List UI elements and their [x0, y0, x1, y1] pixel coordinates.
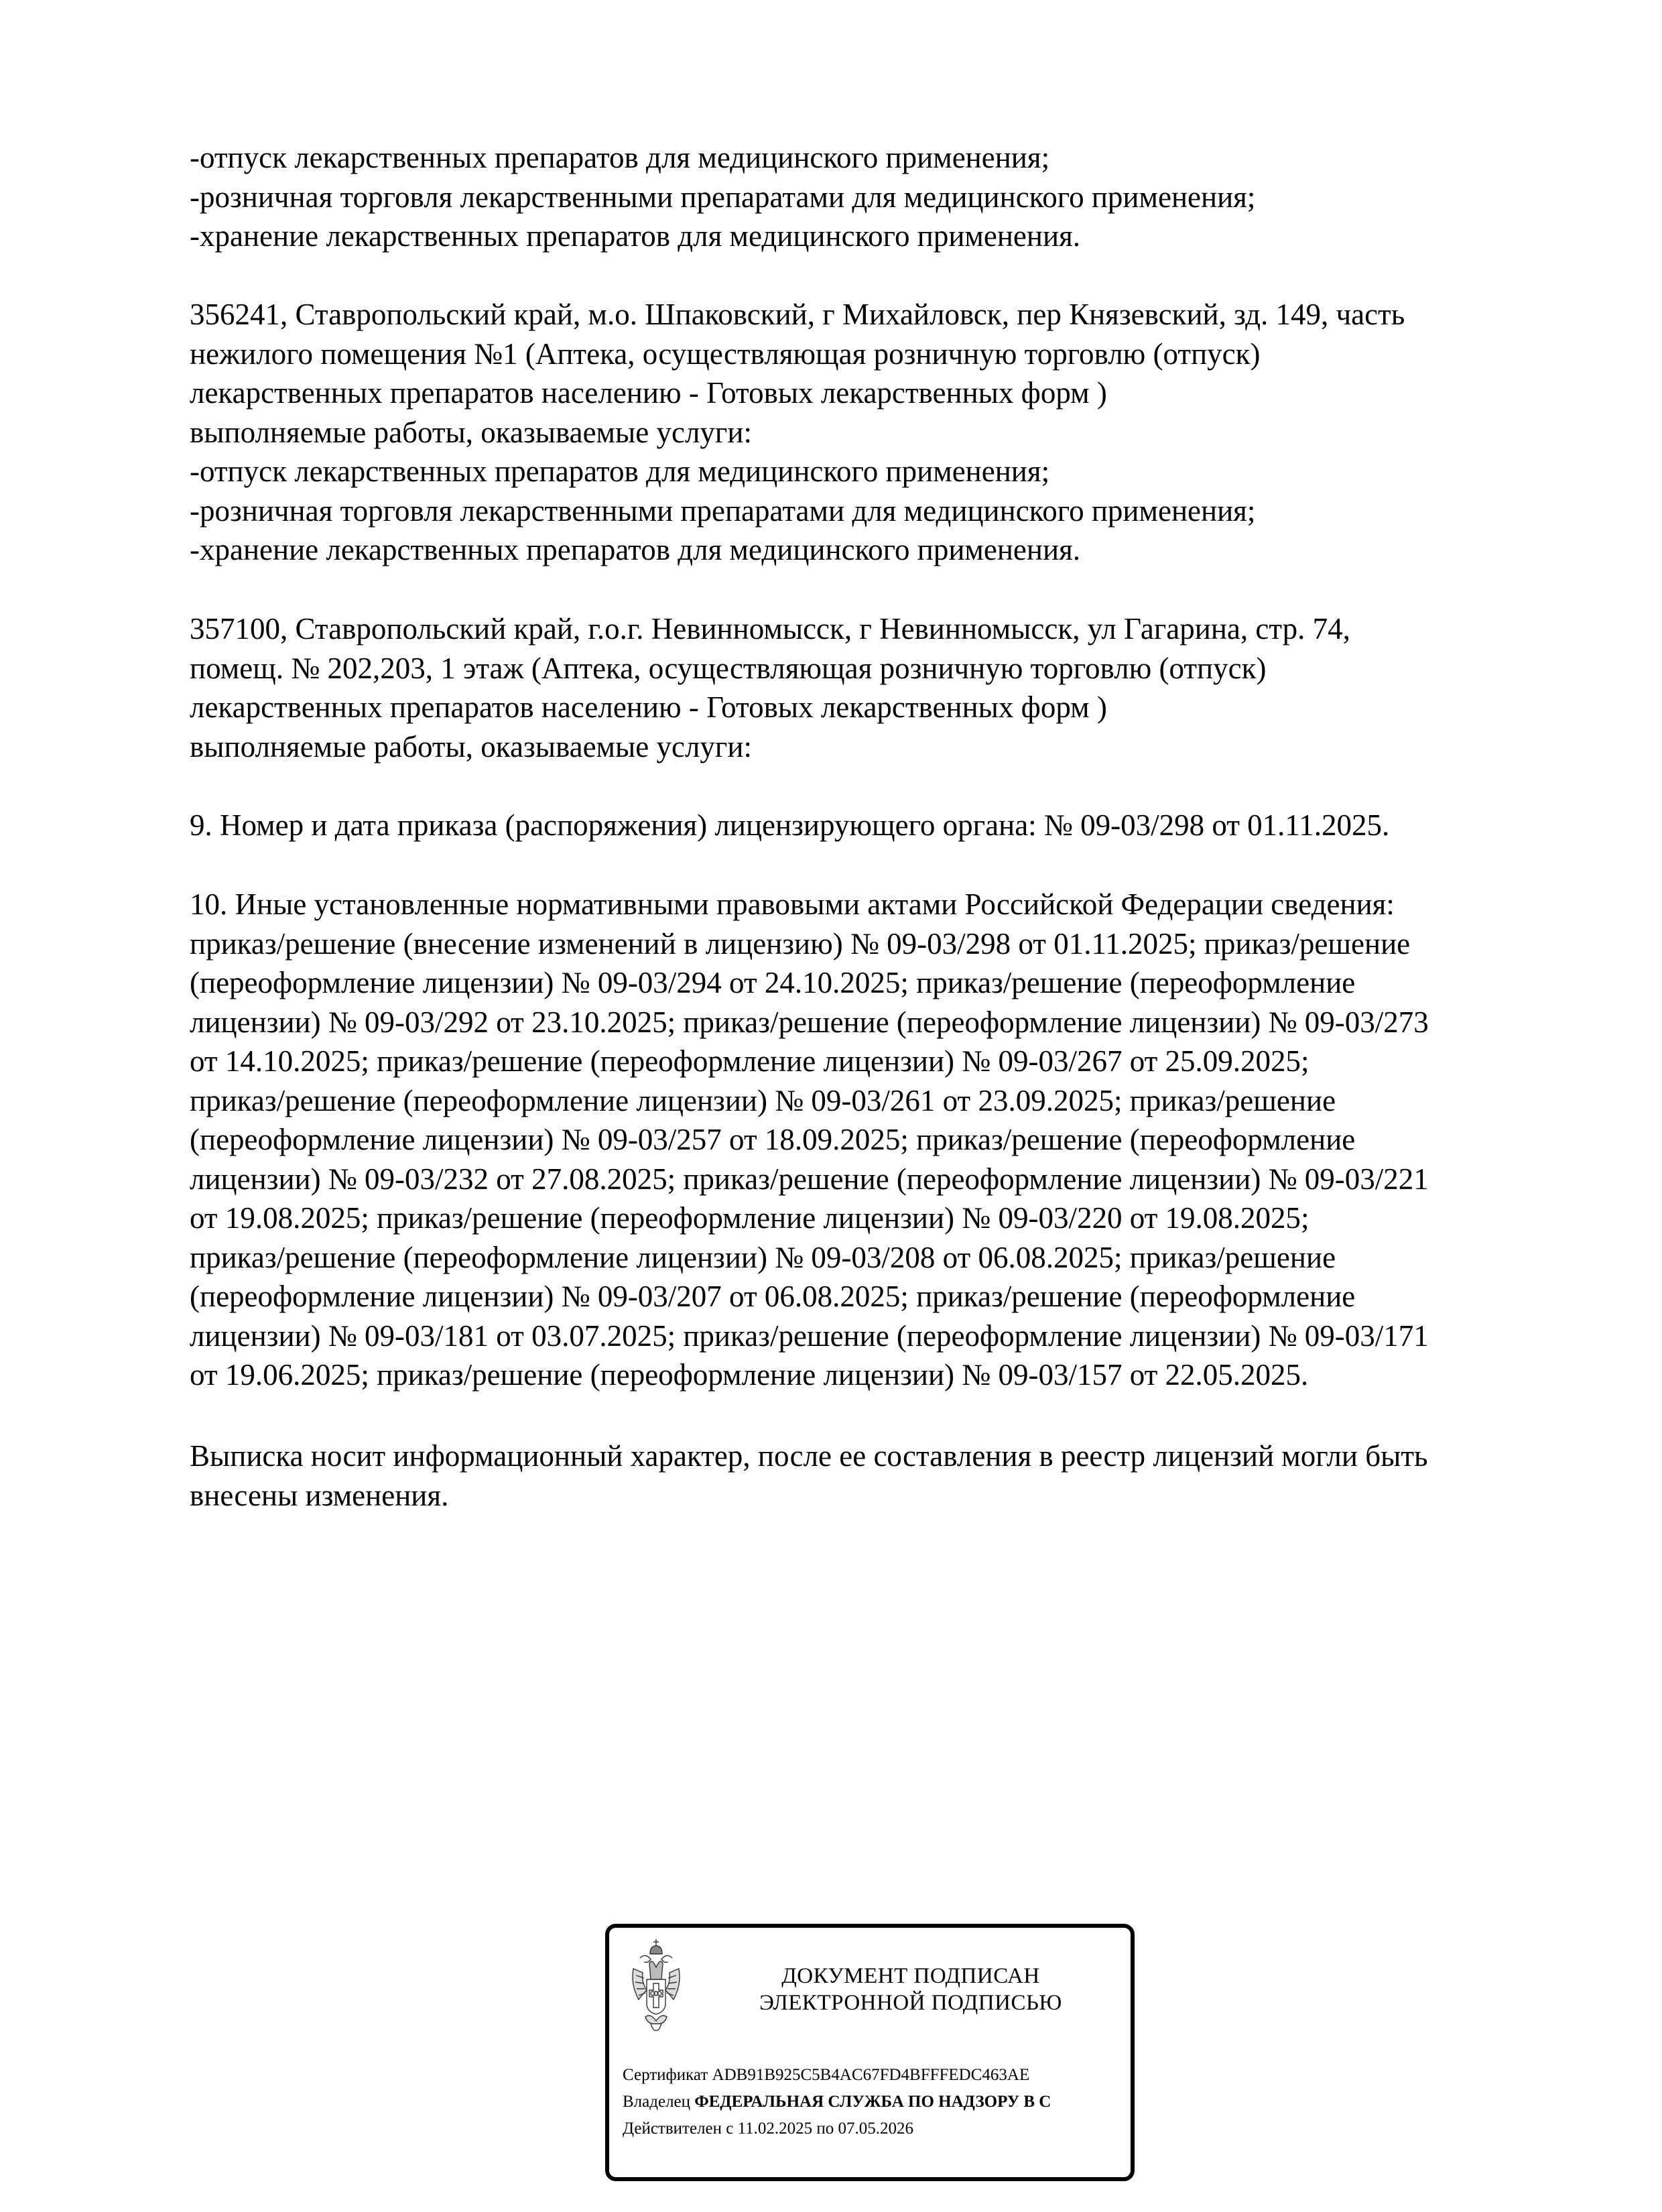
text-line: нежилого помещения №1 (Аптека, осуществл…: [190, 334, 1530, 374]
text-line: выполняемые работы, оказываемые услуги:: [190, 413, 1530, 452]
text-line: лекарственных препаратов населению - Гот…: [190, 688, 1530, 727]
owner-value: ФЕДЕРАЛЬНАЯ СЛУЖБА ПО НАДЗОРУ В С: [694, 2093, 1051, 2111]
owner-label: Владелец: [623, 2093, 690, 2111]
text-line: лицензии) № 09-03/181 от 03.07.2025; при…: [190, 1316, 1530, 1356]
certificate-row: Сертификат ADB91B925C5B4AC67FD4BFFFEDC46…: [623, 2062, 1135, 2089]
text-line: выполняемые работы, оказываемые услуги:: [190, 727, 1530, 767]
text-line: внесены изменения.: [190, 1476, 1530, 1516]
text-line: (переоформление лицензии) № 09-03/257 от…: [190, 1120, 1530, 1160]
document-page: -отпуск лекарственных препаратов для мед…: [0, 0, 1662, 2212]
text-line: -хранение лекарственных препаратов для м…: [190, 217, 1530, 256]
text-line: (переоформление лицензии) № 09-03/294 от…: [190, 963, 1530, 1003]
address-block-mikhaylovsk: 356241, Ставропольский край, м.о. Шпаков…: [190, 295, 1530, 570]
address-block-nevinnomyssk: 357100, Ставропольский край, г.о.г. Неви…: [190, 609, 1530, 766]
text-line: приказ/решение (внесение изменений в лиц…: [190, 924, 1530, 964]
text-line: лицензии) № 09-03/232 от 27.08.2025; при…: [190, 1160, 1530, 1199]
text-line: 9. Номер и дата приказа (распоряжения) л…: [190, 806, 1530, 845]
text-line: 10. Иные установленные нормативными прав…: [190, 885, 1530, 924]
signature-title: ДОКУМЕНТ ПОДПИСАН ЭЛЕКТРОННОЙ ПОДПИСЬЮ: [723, 1963, 1098, 2016]
double-headed-eagle-emblem-icon: [629, 1938, 683, 2038]
text-line: -розничная торговля лекарственными препа…: [190, 491, 1530, 531]
text-line: приказ/решение (переоформление лицензии)…: [190, 1238, 1530, 1278]
certificate-label: Сертификат: [623, 2066, 708, 2084]
certificate-value: ADB91B925C5B4AC67FD4BFFFEDC463AE: [712, 2066, 1030, 2084]
text-line: -отпуск лекарственных препаратов для мед…: [190, 138, 1530, 178]
text-line: от 19.08.2025; приказ/решение (переоформ…: [190, 1199, 1530, 1238]
text-line: помещ. № 202,203, 1 этаж (Аптека, осущес…: [190, 649, 1530, 688]
services-list: -отпуск лекарственных препаратов для мед…: [190, 138, 1530, 256]
order-number-item: 9. Номер и дата приказа (распоряжения) л…: [190, 806, 1530, 845]
disclaimer-note: Выписка носит информационный характер, п…: [190, 1436, 1530, 1515]
signature-details: Сертификат ADB91B925C5B4AC67FD4BFFFEDC46…: [623, 2062, 1135, 2142]
text-line: приказ/решение (переоформление лицензии)…: [190, 1081, 1530, 1121]
text-line: 357100, Ставропольский край, г.о.г. Неви…: [190, 609, 1530, 649]
text-line: от 19.06.2025; приказ/решение (переоформ…: [190, 1355, 1530, 1395]
text-line: -хранение лекарственных препаратов для м…: [190, 530, 1530, 570]
text-line: лекарственных препаратов населению - Гот…: [190, 373, 1530, 413]
electronic-signature-stamp: ДОКУМЕНТ ПОДПИСАН ЭЛЕКТРОННОЙ ПОДПИСЬЮ С…: [605, 1924, 1135, 2181]
text-line: 356241, Ставропольский край, м.о. Шпаков…: [190, 295, 1530, 334]
text-line: -розничная торговля лекарственными препа…: [190, 178, 1530, 217]
owner-row: Владелец ФЕДЕРАЛЬНАЯ СЛУЖБА ПО НАДЗОРУ В…: [623, 2089, 1135, 2115]
text-line: от 14.10.2025; приказ/решение (переоформ…: [190, 1042, 1530, 1081]
text-line: лицензии) № 09-03/292 от 23.10.2025; при…: [190, 1003, 1530, 1042]
other-info-item: 10. Иные установленные нормативными прав…: [190, 885, 1530, 1395]
validity-row: Действителен с 11.02.2025 по 07.05.2026: [623, 2115, 1135, 2142]
text-line: Выписка носит информационный характер, п…: [190, 1436, 1530, 1476]
signature-title-line-2: ЭЛЕКТРОННОЙ ПОДПИСЬЮ: [723, 1989, 1098, 2016]
signature-title-line-1: ДОКУМЕНТ ПОДПИСАН: [723, 1963, 1098, 1989]
text-line: -отпуск лекарственных препаратов для мед…: [190, 452, 1530, 491]
text-line: (переоформление лицензии) № 09-03/207 от…: [190, 1277, 1530, 1316]
